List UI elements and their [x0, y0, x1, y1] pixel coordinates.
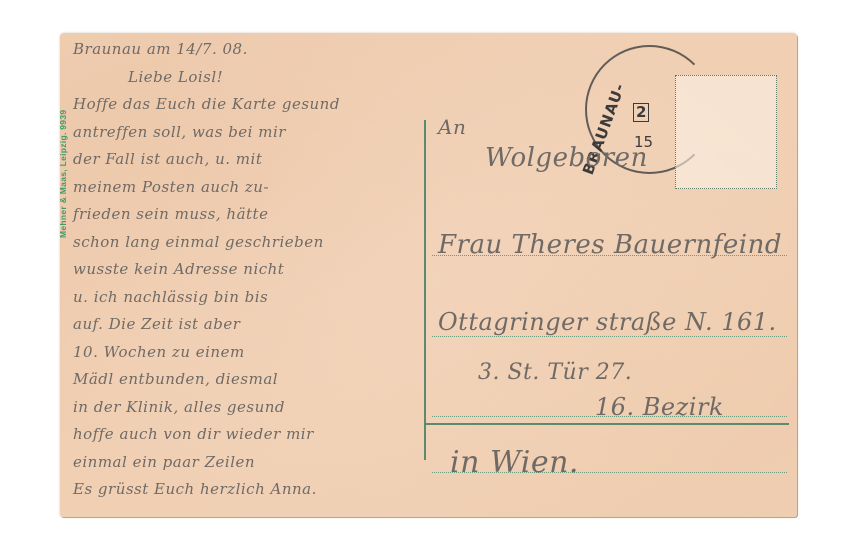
center-divider — [424, 120, 426, 460]
message-line: antreffen soll, was bei mir — [73, 119, 340, 147]
message-line: Liebe Loisl! — [73, 64, 340, 92]
address-line — [432, 336, 787, 337]
handwritten-message: Braunau am 14/7. 08. Liebe Loisl! Hoffe … — [73, 36, 340, 504]
message-line: 10. Wochen zu einem — [73, 339, 340, 367]
message-line: in der Klinik, alles gesund — [73, 394, 340, 422]
message-line: u. ich nachlässig bin bis — [73, 284, 340, 312]
postcard: Braunau am 14/7. 08. Liebe Loisl! Hoffe … — [60, 33, 797, 517]
message-line: hoffe auch von dir wieder mir — [73, 421, 340, 449]
message-line: wusste kein Adresse nicht — [73, 256, 340, 284]
stamp-area — [675, 75, 777, 189]
message-line: einmal ein paar Zeilen — [73, 449, 340, 477]
message-line: Hoffe das Euch die Karte gesund — [73, 91, 340, 119]
message-line: meinem Posten auch zu- — [73, 174, 340, 202]
message-line: Mädl entbunden, diesmal — [73, 366, 340, 394]
message-line: schon lang einmal geschrieben — [73, 229, 340, 257]
message-line: auf. Die Zeit ist aber — [73, 311, 340, 339]
address-district: 16. Bezirk — [595, 393, 724, 421]
address-city: in Wien. — [450, 445, 579, 480]
address-salutation: An — [438, 115, 466, 139]
publisher-imprint: Mehner & Maas, Leipzig. 9939 — [58, 110, 68, 238]
message-line: der Fall ist auch, u. mit — [73, 146, 340, 174]
postmark-box-number: 2 — [633, 103, 649, 122]
address-rule — [426, 423, 789, 425]
address-honorific: Wolgeboren — [485, 143, 648, 173]
address-door: 3. St. Tür 27. — [478, 360, 632, 385]
message-line: Braunau am 14/7. 08. — [73, 36, 340, 64]
address-recipient: Frau Theres Bauernfeind — [438, 230, 782, 260]
message-line: frieden sein muss, hätte — [73, 201, 340, 229]
message-line: Es grüsst Euch herzlich Anna. — [73, 476, 340, 504]
address-street: Ottagringer straße N. 161. — [438, 308, 777, 336]
